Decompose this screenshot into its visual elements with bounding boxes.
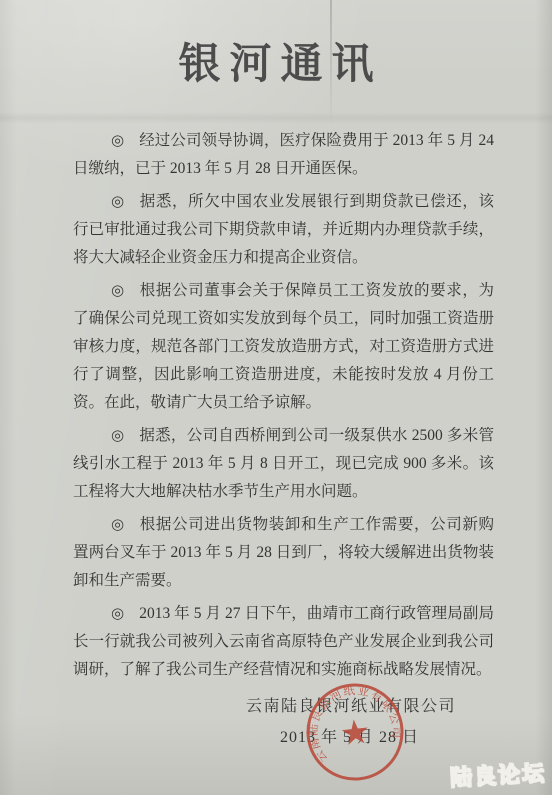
page-title: 银河通讯 xyxy=(0,31,552,91)
news-item-text: 根据公司进出货物装卸和生产工作需要，公司新购置两台叉车于 2013 年 5 月 … xyxy=(73,516,494,589)
newsletter-body: ◎经过公司领导协调，医疗保险费用于 2013 年 5 月 24 日缴纳，已于 2… xyxy=(73,127,494,689)
forum-watermark: 陆良论坛 xyxy=(449,757,547,793)
scanned-newsletter-page: 银河通讯 ◎经过公司领导协调，医疗保险费用于 2013 年 5 月 24 日缴纳… xyxy=(0,0,552,795)
news-item-text: 据悉，所欠中国农业发展银行到期贷款已偿还，该行已审批通过我公司下期贷款申请，并近… xyxy=(73,193,494,266)
bullet-target-icon: ◎ xyxy=(111,133,124,149)
company-seal-stamp: 云南陆良银河纸业有限公司 ★ xyxy=(296,673,415,792)
paper-crease-horizontal xyxy=(0,112,552,124)
news-item: ◎根据公司董事会关于保障员工工资发放的要求，为了确保公司兑现工资如实发放到每个员… xyxy=(73,277,494,417)
news-item: ◎据悉，公司自西桥闸到公司一级泵供水 2500 多米管线引水工程于 2013 年… xyxy=(73,422,494,506)
star-icon: ★ xyxy=(338,712,372,755)
bullet-target-icon: ◎ xyxy=(111,194,125,210)
news-item: ◎根据公司进出货物装卸和生产工作需要，公司新购置两台叉车于 2013 年 5 月… xyxy=(73,511,494,595)
news-item-text: 据悉，公司自西桥闸到公司一级泵供水 2500 多米管线引水工程于 2013 年 … xyxy=(73,427,494,500)
news-item-text: 经过公司领导协调，医疗保险费用于 2013 年 5 月 24 日缴纳，已于 20… xyxy=(73,132,494,177)
bullet-target-icon: ◎ xyxy=(111,428,124,444)
bullet-target-icon: ◎ xyxy=(111,606,124,622)
news-item: ◎经过公司领导协调，医疗保险费用于 2013 年 5 月 24 日缴纳，已于 2… xyxy=(73,127,494,183)
news-item-text: 根据公司董事会关于保障员工工资发放的要求，为了确保公司兑现工资如实发放到每个员工… xyxy=(73,282,494,411)
news-item: ◎2013 年 5 月 27 日下午，曲靖市工商行政管理局副局长一行就我公司被列… xyxy=(73,600,494,684)
news-item-text: 2013 年 5 月 27 日下午，曲靖市工商行政管理局副局长一行就我公司被列入… xyxy=(73,605,494,678)
news-item: ◎据悉，所欠中国农业发展银行到期贷款已偿还，该行已审批通过我公司下期贷款申请，并… xyxy=(73,188,494,272)
bullet-target-icon: ◎ xyxy=(111,283,125,299)
bullet-target-icon: ◎ xyxy=(111,517,125,533)
